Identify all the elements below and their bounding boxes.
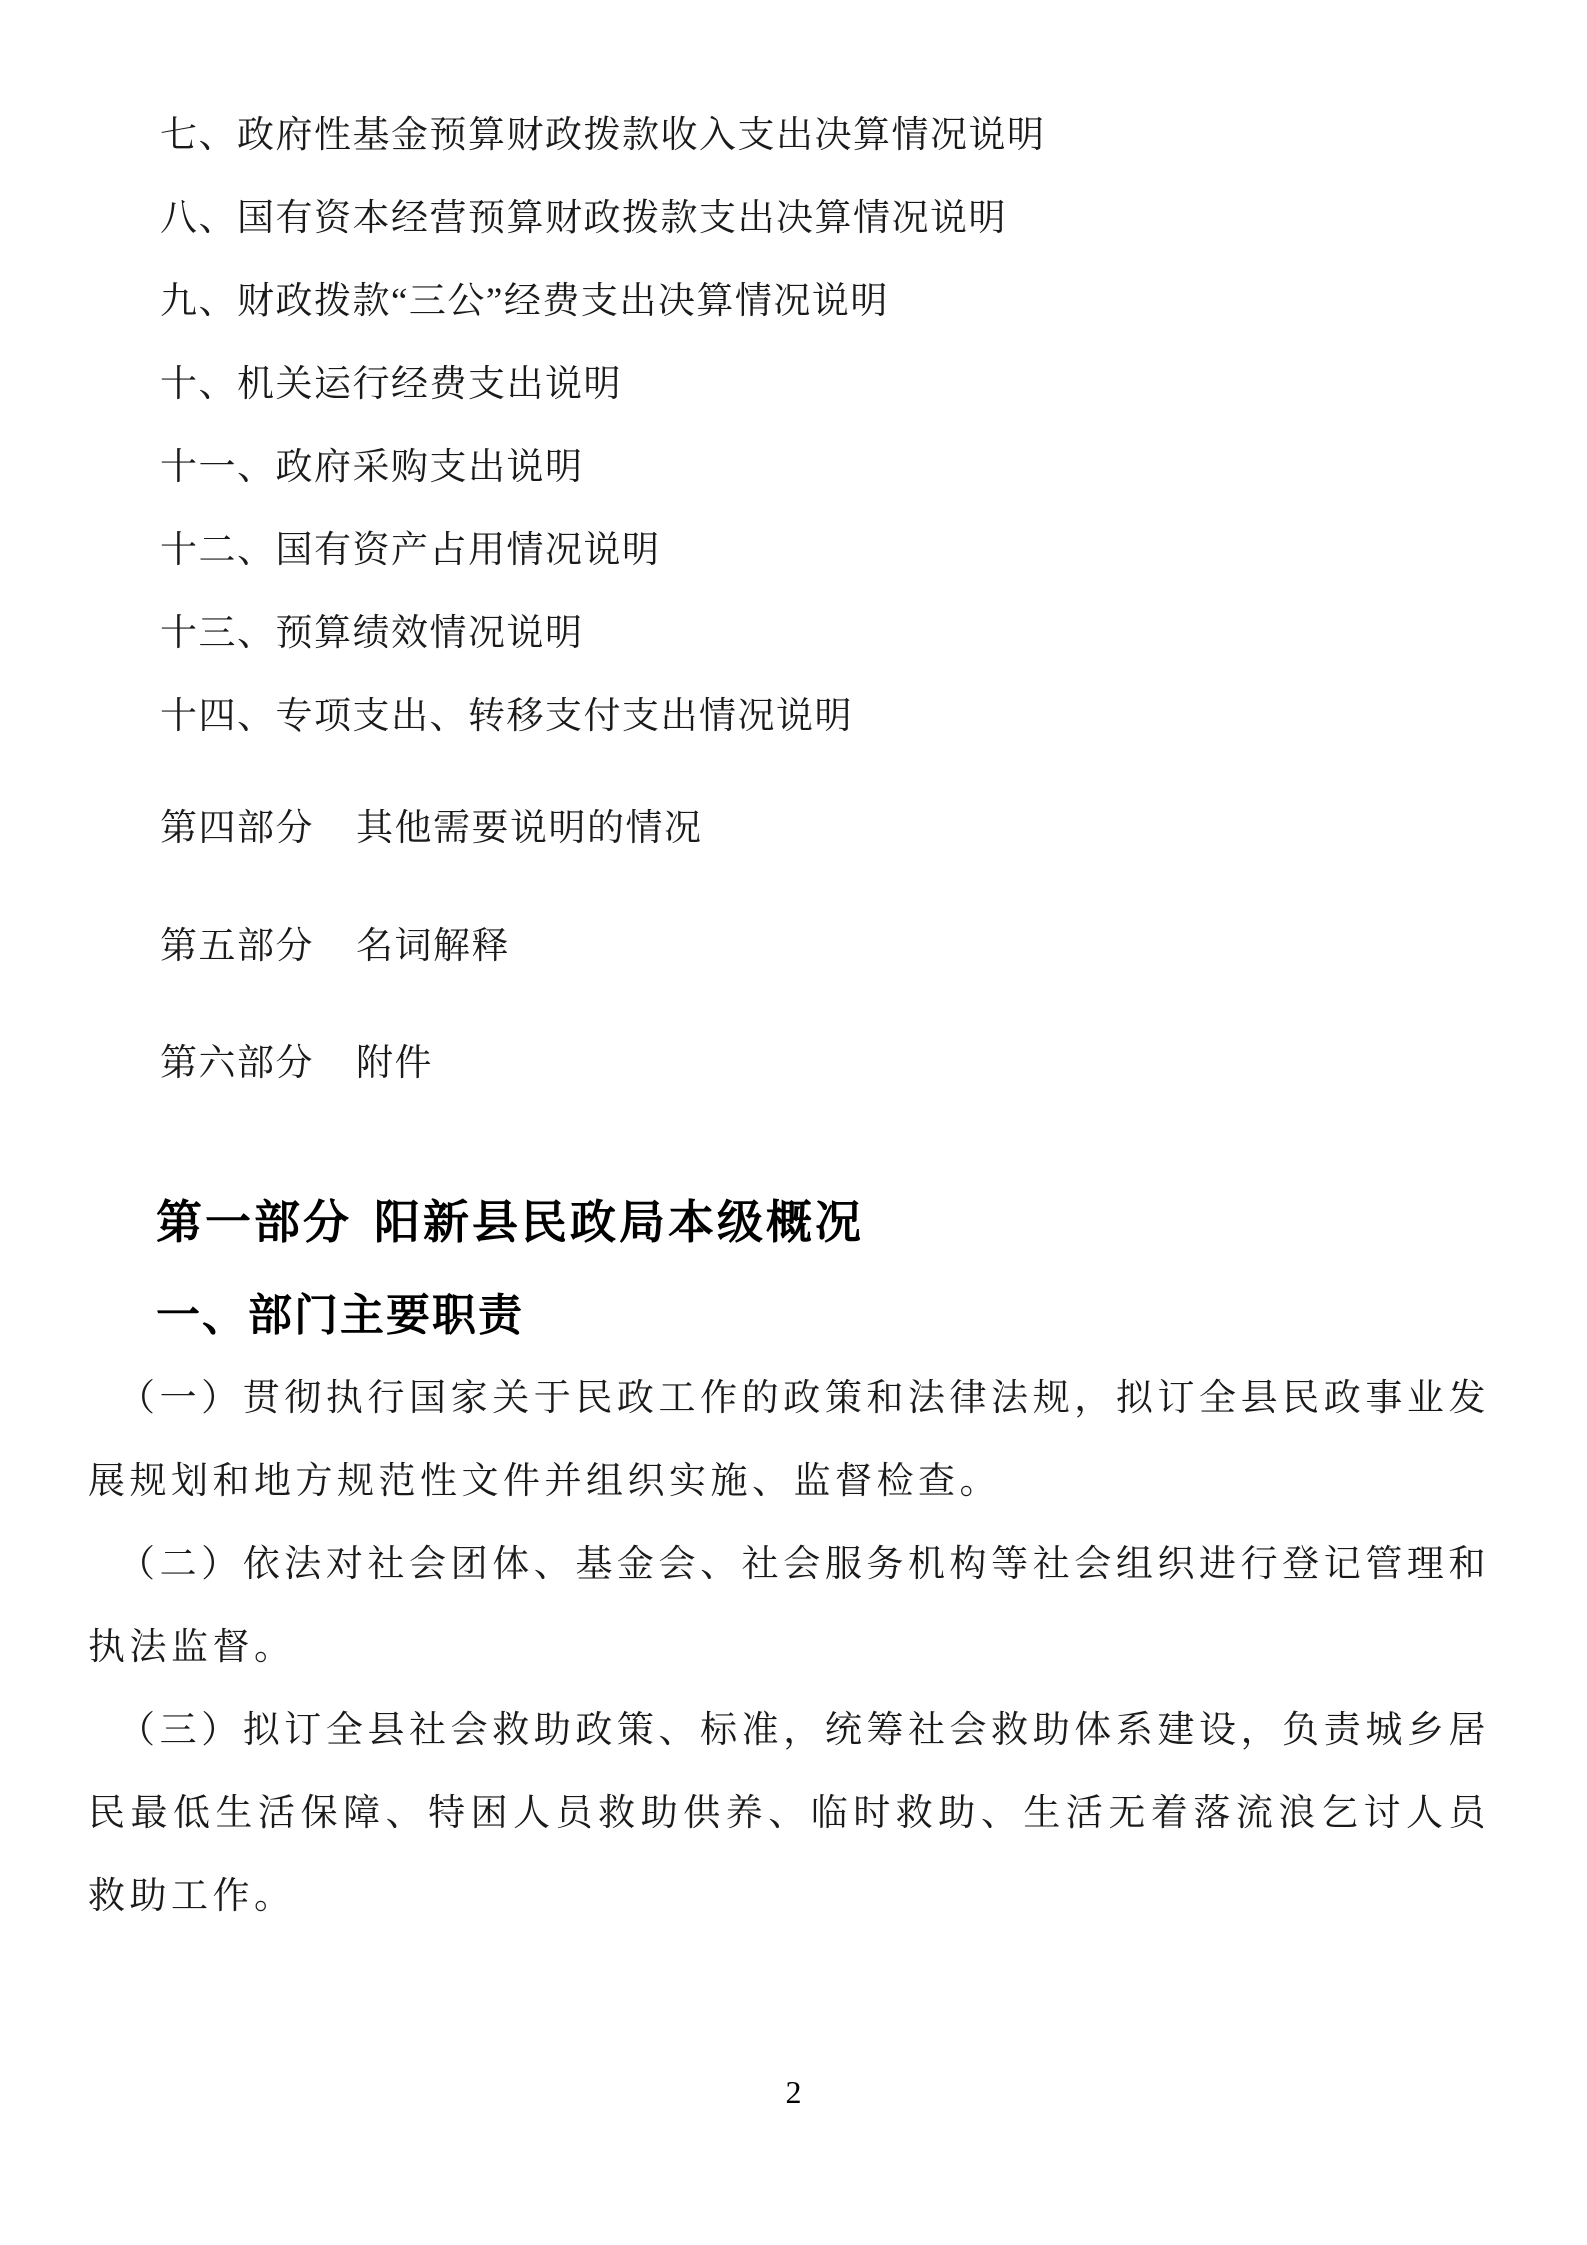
toc-item: 八、国有资本经营预算财政拨款支出决算情况说明: [88, 177, 1490, 260]
paragraph: （三）拟订全县社会救助政策、标准，统筹社会救助体系建设，负责城乡居民最低生活保障…: [88, 1689, 1490, 1938]
toc-part-item: 第五部分名词解释: [88, 905, 1490, 988]
toc-item: 十四、专项支出、转移支付支出情况说明: [88, 675, 1490, 758]
toc-part-title: 名词解释: [356, 926, 510, 967]
toc-part-item: 第六部分附件: [88, 1022, 1490, 1105]
toc-part-label: 第四部分: [160, 808, 314, 849]
toc-part-label: 第五部分: [160, 926, 314, 967]
toc-item: 九、财政拨款“三公”经费支出决算情况说明: [88, 260, 1490, 343]
part-heading-title: 阳新县民政局本级概况: [374, 1196, 864, 1248]
toc-item: 七、政府性基金预算财政拨款收入支出决算情况说明: [88, 94, 1490, 177]
document-page: 七、政府性基金预算财政拨款收入支出决算情况说明 八、国有资本经营预算财政拨款支出…: [0, 0, 1587, 2245]
toc-part-item: 第四部分其他需要说明的情况: [88, 787, 1490, 870]
paragraph: （一）贯彻执行国家关于民政工作的政策和法律法规，拟订全县民政事业发展规划和地方规…: [88, 1357, 1490, 1523]
document-body: 七、政府性基金预算财政拨款收入支出决算情况说明 八、国有资本经营预算财政拨款支出…: [88, 94, 1490, 1938]
toc-item: 十、机关运行经费支出说明: [88, 343, 1490, 426]
toc-item: 十三、预算绩效情况说明: [88, 592, 1490, 675]
part-heading: 第一部分阳新县民政局本级概况: [88, 1181, 1490, 1264]
toc-part-title: 其他需要说明的情况: [356, 808, 703, 849]
toc-item: 十一、政府采购支出说明: [88, 426, 1490, 509]
paragraph: （二）依法对社会团体、基金会、社会服务机构等社会组织进行登记管理和执法监督。: [88, 1523, 1490, 1689]
toc-part-title: 附件: [356, 1043, 433, 1084]
part-heading-label: 第一部分: [156, 1196, 352, 1248]
section-heading: 一、部门主要职责: [88, 1274, 1490, 1357]
toc-part-label: 第六部分: [160, 1043, 314, 1084]
toc-item: 十二、国有资产占用情况说明: [88, 509, 1490, 592]
page-number: 2: [0, 2072, 1587, 2112]
